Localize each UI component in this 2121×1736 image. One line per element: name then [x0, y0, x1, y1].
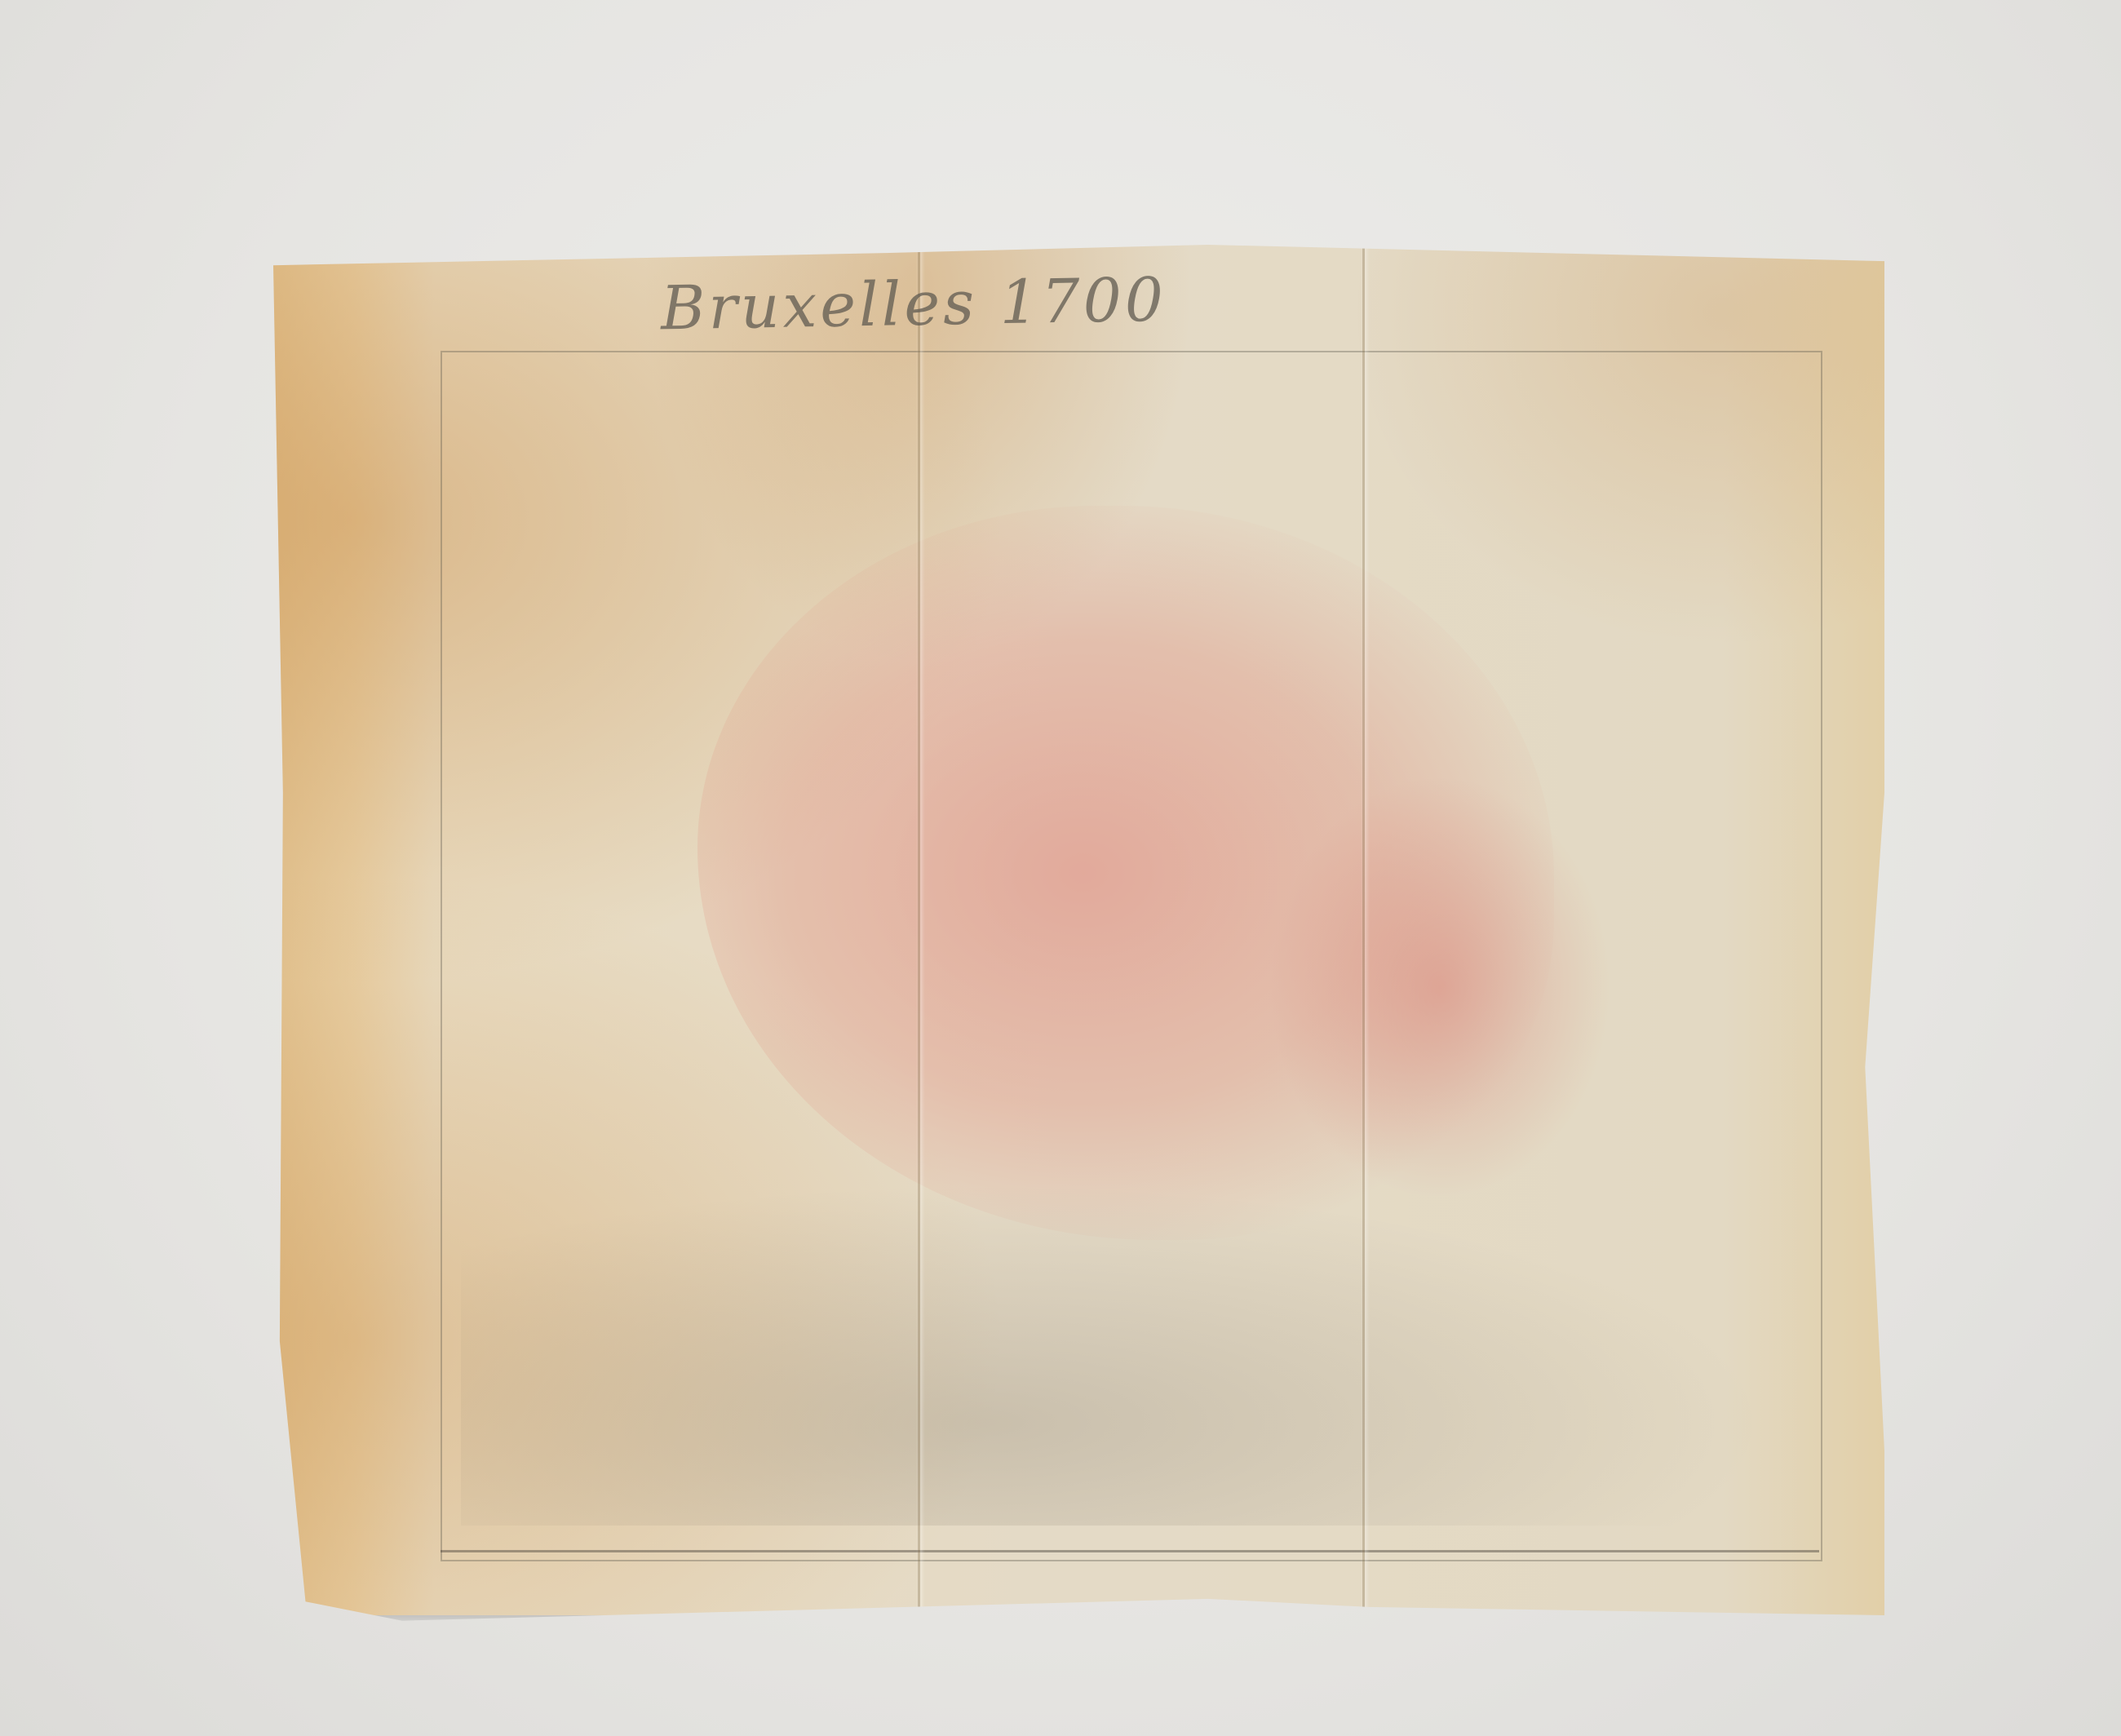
antique-map-sheet-reverse: Bruxelles 1700: [273, 245, 1884, 1615]
fold-line-right: [1362, 245, 1365, 1615]
pencil-inscription: Bruxelles 1700: [660, 265, 1167, 344]
fold-line-left: [918, 245, 920, 1615]
red-color-show-through-secondary: [1269, 775, 1611, 1199]
ink-show-through: [461, 1183, 1766, 1526]
neatline-bottom: [441, 1550, 1819, 1552]
